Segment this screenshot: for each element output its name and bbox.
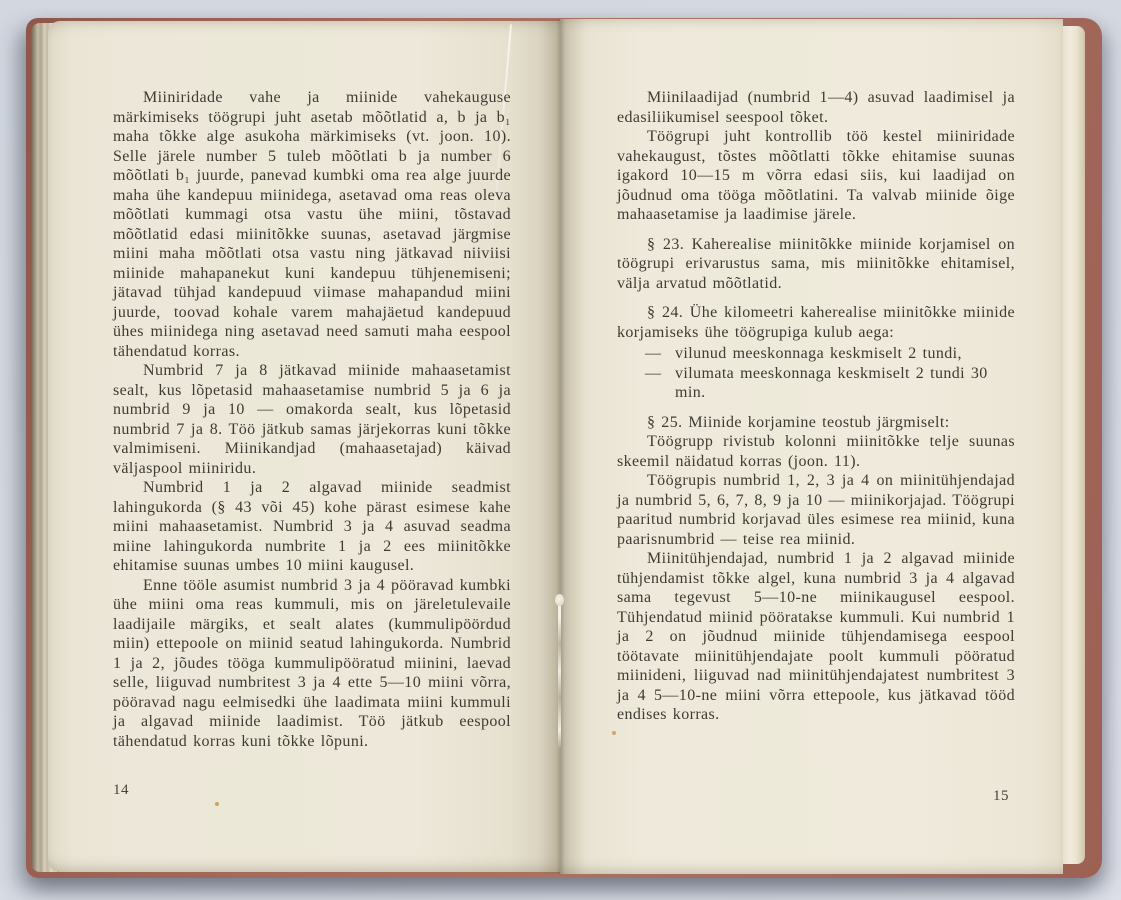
time-required-list: — vilunud meeskonnaga keskmiselt 2 tundi…: [645, 344, 1015, 403]
paragraph: Miinilaadijad (numbrid 1—4) asuvad laadi…: [617, 88, 1015, 127]
list-dash: —: [645, 344, 675, 364]
stitching-thread: [558, 600, 561, 748]
paragraph: Töögrupp rivistub kolonni miinitõkke tel…: [617, 432, 1015, 471]
paper-speck: [215, 802, 219, 806]
book-spine-gutter: [538, 19, 584, 874]
page-edge-strip: [1063, 26, 1085, 864]
paragraph: Numbrid 7 ja 8 jätkavad miinide mahaaset…: [113, 361, 511, 478]
paragraph: Numbrid 1 ja 2 algavad miinide seadmist …: [113, 478, 511, 576]
book-scan: Miiniridade vahe ja miinide vahekauguse …: [0, 0, 1121, 900]
section-paragraph: § 24. Ühe kilomeetri kaherealise miinitõ…: [617, 303, 1015, 342]
left-page-text: Miiniridade vahe ja miinide vahekauguse …: [113, 88, 511, 751]
section-paragraph: § 23. Kaherealise miinitõkke miinide kor…: [617, 235, 1015, 294]
list-dash: —: [645, 364, 675, 403]
list-item: — vilumata meeskonnaga keskmiselt 2 tund…: [645, 364, 1015, 403]
page-number-right: 15: [993, 788, 1009, 805]
list-item: — vilunud meeskonnaga keskmiselt 2 tundi…: [645, 344, 1015, 364]
paragraph: Töögrupis numbrid 1, 2, 3 ja 4 on miinit…: [617, 471, 1015, 549]
right-page-text: Miinilaadijad (numbrid 1—4) asuvad laadi…: [617, 88, 1015, 725]
paragraph: Töögrupi juht kontrollib töö kestel miin…: [617, 127, 1015, 225]
paragraph: Miiniridade vahe ja miinide vahekauguse …: [113, 88, 511, 361]
page-number-left: 14: [113, 782, 129, 799]
list-item-text: vilunud meeskonnaga keskmiselt 2 tundi,: [675, 344, 1015, 364]
paper-speck: [612, 731, 616, 735]
section-paragraph: § 25. Miinide korjamine teostub järgmise…: [617, 413, 1015, 433]
paragraph: Miinitühjendajad, numbrid 1 ja 2 algavad…: [617, 549, 1015, 725]
paragraph: Enne tööle asumist numbrid 3 ja 4 pöörav…: [113, 576, 511, 752]
list-item-text: vilumata meeskonnaga keskmiselt 2 tundi …: [675, 364, 1015, 403]
